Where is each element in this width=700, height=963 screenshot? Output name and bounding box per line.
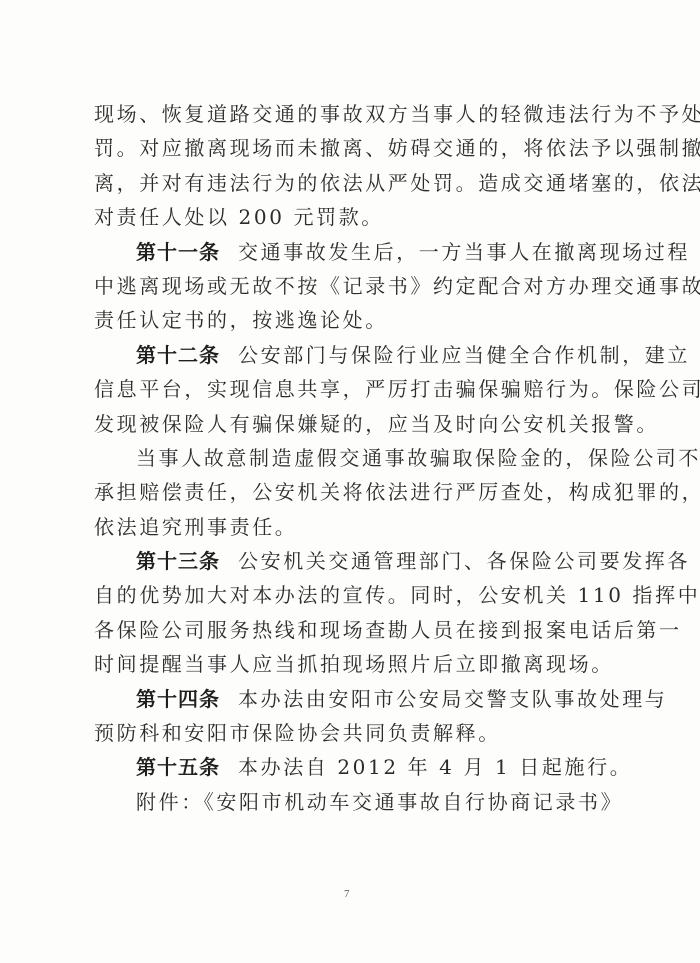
text-line: 对责任人处以 200 元罚款。 [94, 200, 586, 234]
article-text: 本办法自 2012 年 4 月 1 日起施行。 [238, 755, 632, 779]
article-text: 交通事故发生后，一方当事人在撤离现场过程 [238, 240, 690, 264]
attachment-line: 附件：《安阳市机动车交通事故自行协商记录书》 [94, 785, 586, 819]
article-number: 第十五条 [136, 755, 220, 779]
article-number: 第十四条 [136, 687, 220, 711]
text-line: 现场、恢复道路交通的事故双方当事人的轻微违法行为不予处 [94, 97, 586, 131]
text-line: 中逃离现场或无故不按《记录书》约定配合对方办理交通事故 [94, 269, 586, 303]
article-14-first-line: 第十四条本办法由安阳市公安局交警支队事故处理与 [94, 682, 586, 716]
article-11-first-line: 第十一条交通事故发生后，一方当事人在撤离现场过程 [94, 235, 586, 269]
article-text: 公安部门与保险行业应当健全合作机制，建立 [238, 343, 690, 367]
paragraph-first-line: 当事人故意制造虚假交通事故骗取保险金的，保险公司不 [94, 441, 586, 475]
text-line: 信息平台，实现信息共享，严厉打击骗保骗赔行为。保险公司 [94, 372, 586, 406]
text-line: 离，并对有违法行为的依法从严处罚。造成交通堵塞的，依法 [94, 166, 586, 200]
page-number: 7 [344, 888, 350, 900]
article-text: 本办法由安阳市公安局交警支队事故处理与 [238, 687, 667, 711]
article-13-first-line: 第十三条公安机关交通管理部门、各保险公司要发挥各 [94, 544, 586, 578]
article-text: 公安机关交通管理部门、各保险公司要发挥各 [238, 549, 690, 573]
text-line: 预防科和安阳市保险协会共同负责解释。 [94, 716, 586, 750]
article-number: 第十一条 [136, 240, 220, 264]
text-line: 自的优势加大对本办法的宣传。同时，公安机关 110 指挥中心、 [94, 578, 586, 612]
text-line: 责任认定书的，按逃逸论处。 [94, 303, 586, 337]
article-number: 第十三条 [136, 549, 220, 573]
text-line: 各保险公司服务热线和现场查勘人员在接到报案电话后第一 [94, 613, 586, 647]
text-line: 发现被保险人有骗保嫌疑的，应当及时向公安机关报警。 [94, 407, 586, 441]
article-15-first-line: 第十五条本办法自 2012 年 4 月 1 日起施行。 [94, 750, 586, 784]
text-line: 依法追究刑事责任。 [94, 510, 586, 544]
document-page: 现场、恢复道路交通的事故双方当事人的轻微违法行为不予处 罚。对应撤离现场而未撤离… [0, 0, 700, 963]
article-number: 第十二条 [136, 343, 220, 367]
text-line: 罚。对应撤离现场而未撤离、妨碍交通的，将依法予以强制撤 [94, 131, 586, 165]
text-line: 时间提醒当事人应当抓拍现场照片后立即撤离现场。 [94, 647, 586, 681]
text-line: 承担赔偿责任，公安机关将依法进行严厉查处，构成犯罪的， [94, 475, 586, 509]
article-12-first-line: 第十二条公安部门与保险行业应当健全合作机制，建立 [94, 338, 586, 372]
document-body: 现场、恢复道路交通的事故双方当事人的轻微违法行为不予处 罚。对应撤离现场而未撤离… [94, 97, 586, 819]
